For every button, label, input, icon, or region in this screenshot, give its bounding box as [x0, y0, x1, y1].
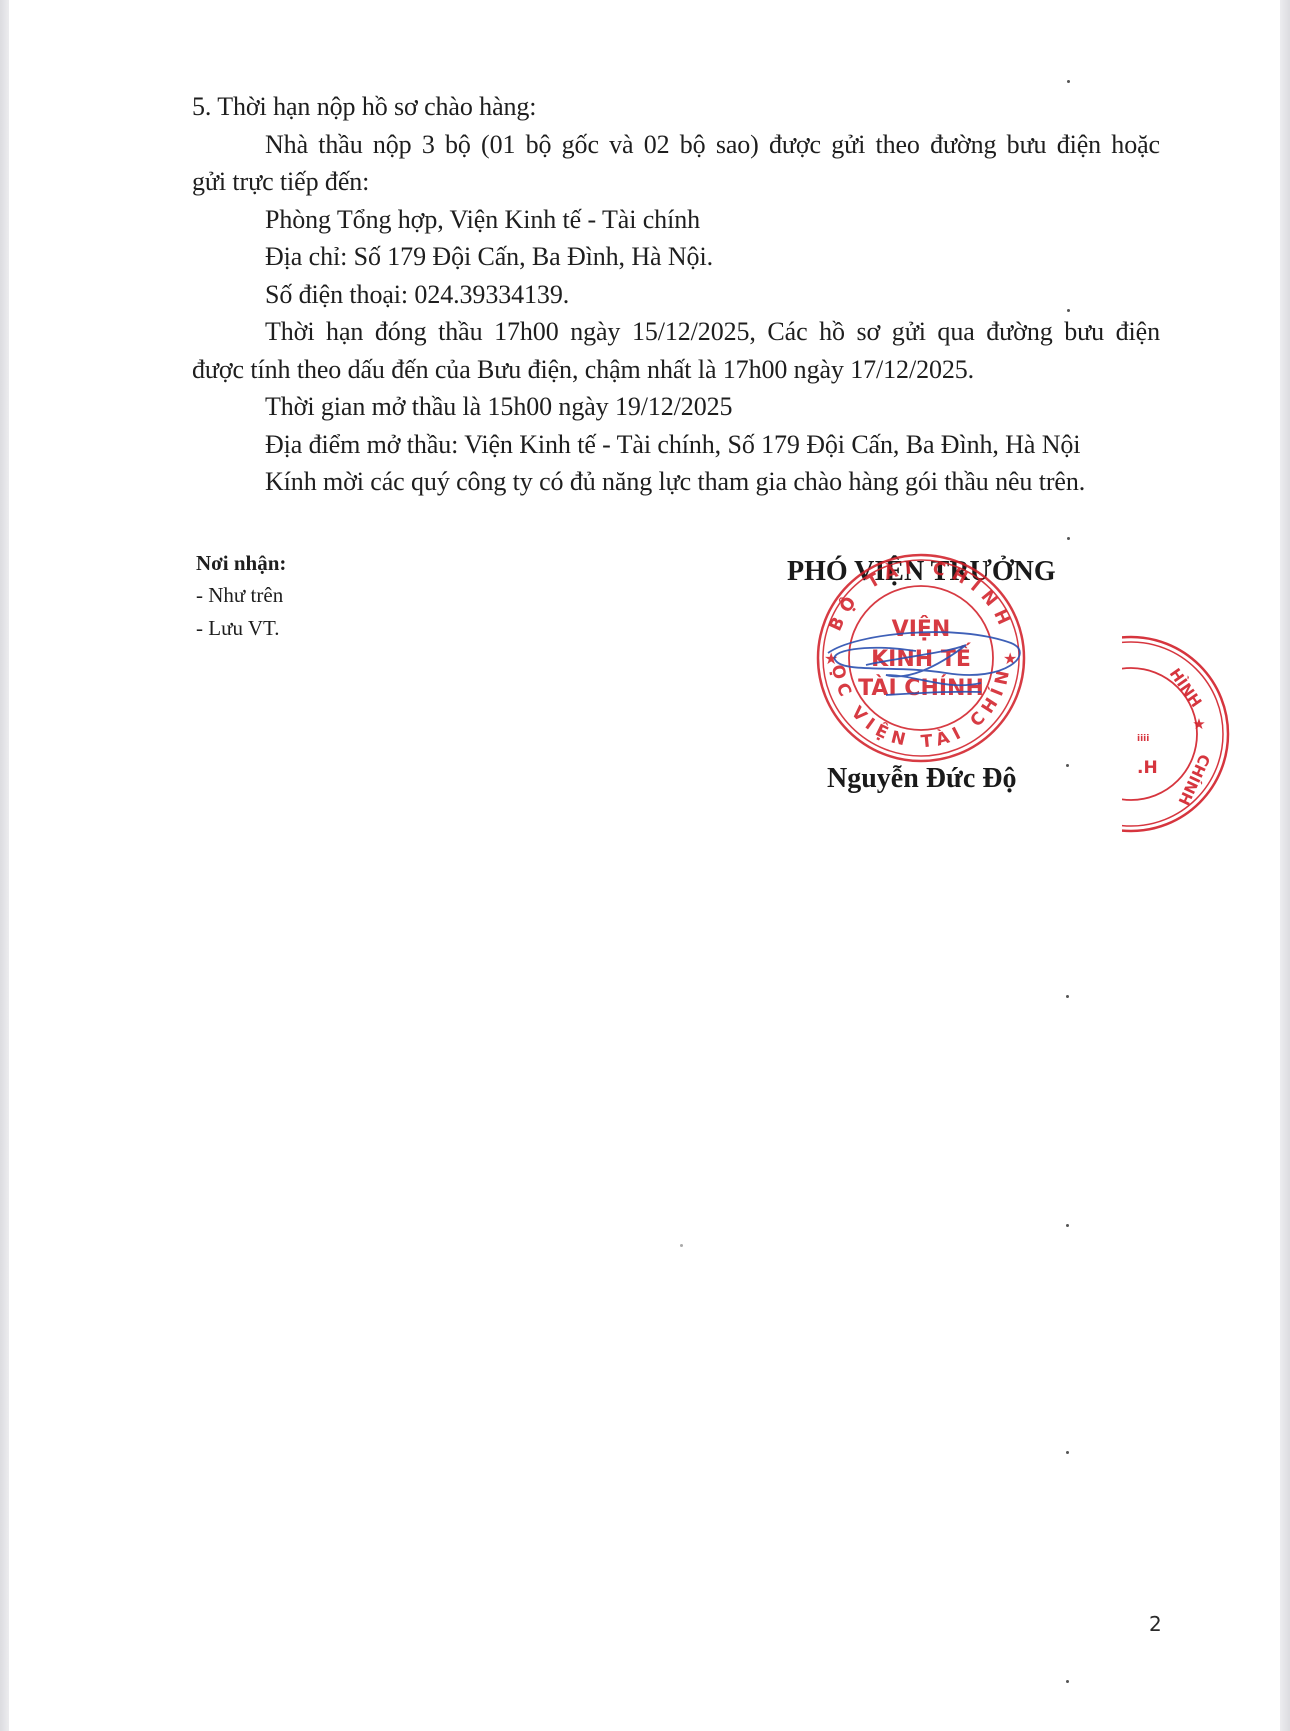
- section-heading: 5. Thời hạn nộp hồ sơ chào hàng:: [192, 92, 536, 122]
- scan-artifact-dot: [1067, 537, 1070, 540]
- submission-paragraph-line2: gửi trực tiếp đến:: [192, 167, 369, 197]
- partial-seal-icon: ★ HÌNH CHÍNH .H iiii: [1019, 633, 1234, 838]
- official-seal-icon: BỘ TÀI CHÍNH HỌC VIỆN TÀI CHÍNH ★ ★ VIỆN…: [806, 543, 1036, 773]
- opening-time: Thời gian mở thầu là 15h00 ngày 19/12/20…: [265, 392, 732, 422]
- scan-artifact-dot: [1067, 80, 1070, 83]
- invitation-text: Kính mời các quý công ty có đủ năng lực …: [265, 467, 1085, 497]
- office-phone: Số điện thoại: 024.39334139.: [265, 280, 569, 310]
- document-page: 5. Thời hạn nộp hồ sơ chào hàng: Nhà thầ…: [9, 0, 1280, 1731]
- svg-text:.H: .H: [1137, 758, 1158, 778]
- submission-paragraph-line1: Nhà thầu nộp 3 bộ (01 bộ gốc và 02 bộ sa…: [265, 130, 1160, 160]
- svg-text:CHÍNH: CHÍNH: [1174, 751, 1214, 808]
- deadline-paragraph-line2: được tính theo dấu đến của Bưu điện, chậ…: [192, 355, 974, 385]
- scan-artifact-dot: [1066, 1224, 1069, 1227]
- scan-artifact-dot: [680, 1244, 683, 1247]
- scan-artifact-dot: [1066, 995, 1069, 998]
- page-number: 2: [1149, 1612, 1162, 1636]
- viewer-edge-left: [0, 0, 9, 1731]
- scan-artifact-dot: [1067, 309, 1070, 312]
- office-address: Địa chỉ: Số 179 Đội Cấn, Ba Đình, Hà Nội…: [265, 242, 713, 272]
- svg-text:iiii: iiii: [1137, 734, 1149, 744]
- office-name: Phòng Tổng hợp, Viện Kinh tế - Tài chính: [265, 205, 700, 235]
- svg-text:★: ★: [1192, 715, 1205, 733]
- receiver-item: - Như trên: [196, 583, 283, 608]
- svg-text:HÌNH: HÌNH: [1166, 664, 1206, 710]
- svg-text:VIỆN: VIỆN: [892, 615, 951, 642]
- scan-artifact-dot: [1066, 1451, 1069, 1454]
- svg-text:TÀI CHÍNH: TÀI CHÍNH: [858, 675, 984, 701]
- deadline-paragraph-line1: Thời hạn đóng thầu 17h00 ngày 15/12/2025…: [265, 317, 1160, 347]
- scan-artifact-dot: [1066, 1680, 1069, 1683]
- opening-location: Địa điểm mở thầu: Viện Kinh tế - Tài chí…: [265, 430, 1080, 460]
- viewer-edge-right: [1280, 0, 1290, 1731]
- receiver-item: - Lưu VT.: [196, 616, 280, 641]
- receivers-title: Nơi nhận:: [196, 551, 286, 576]
